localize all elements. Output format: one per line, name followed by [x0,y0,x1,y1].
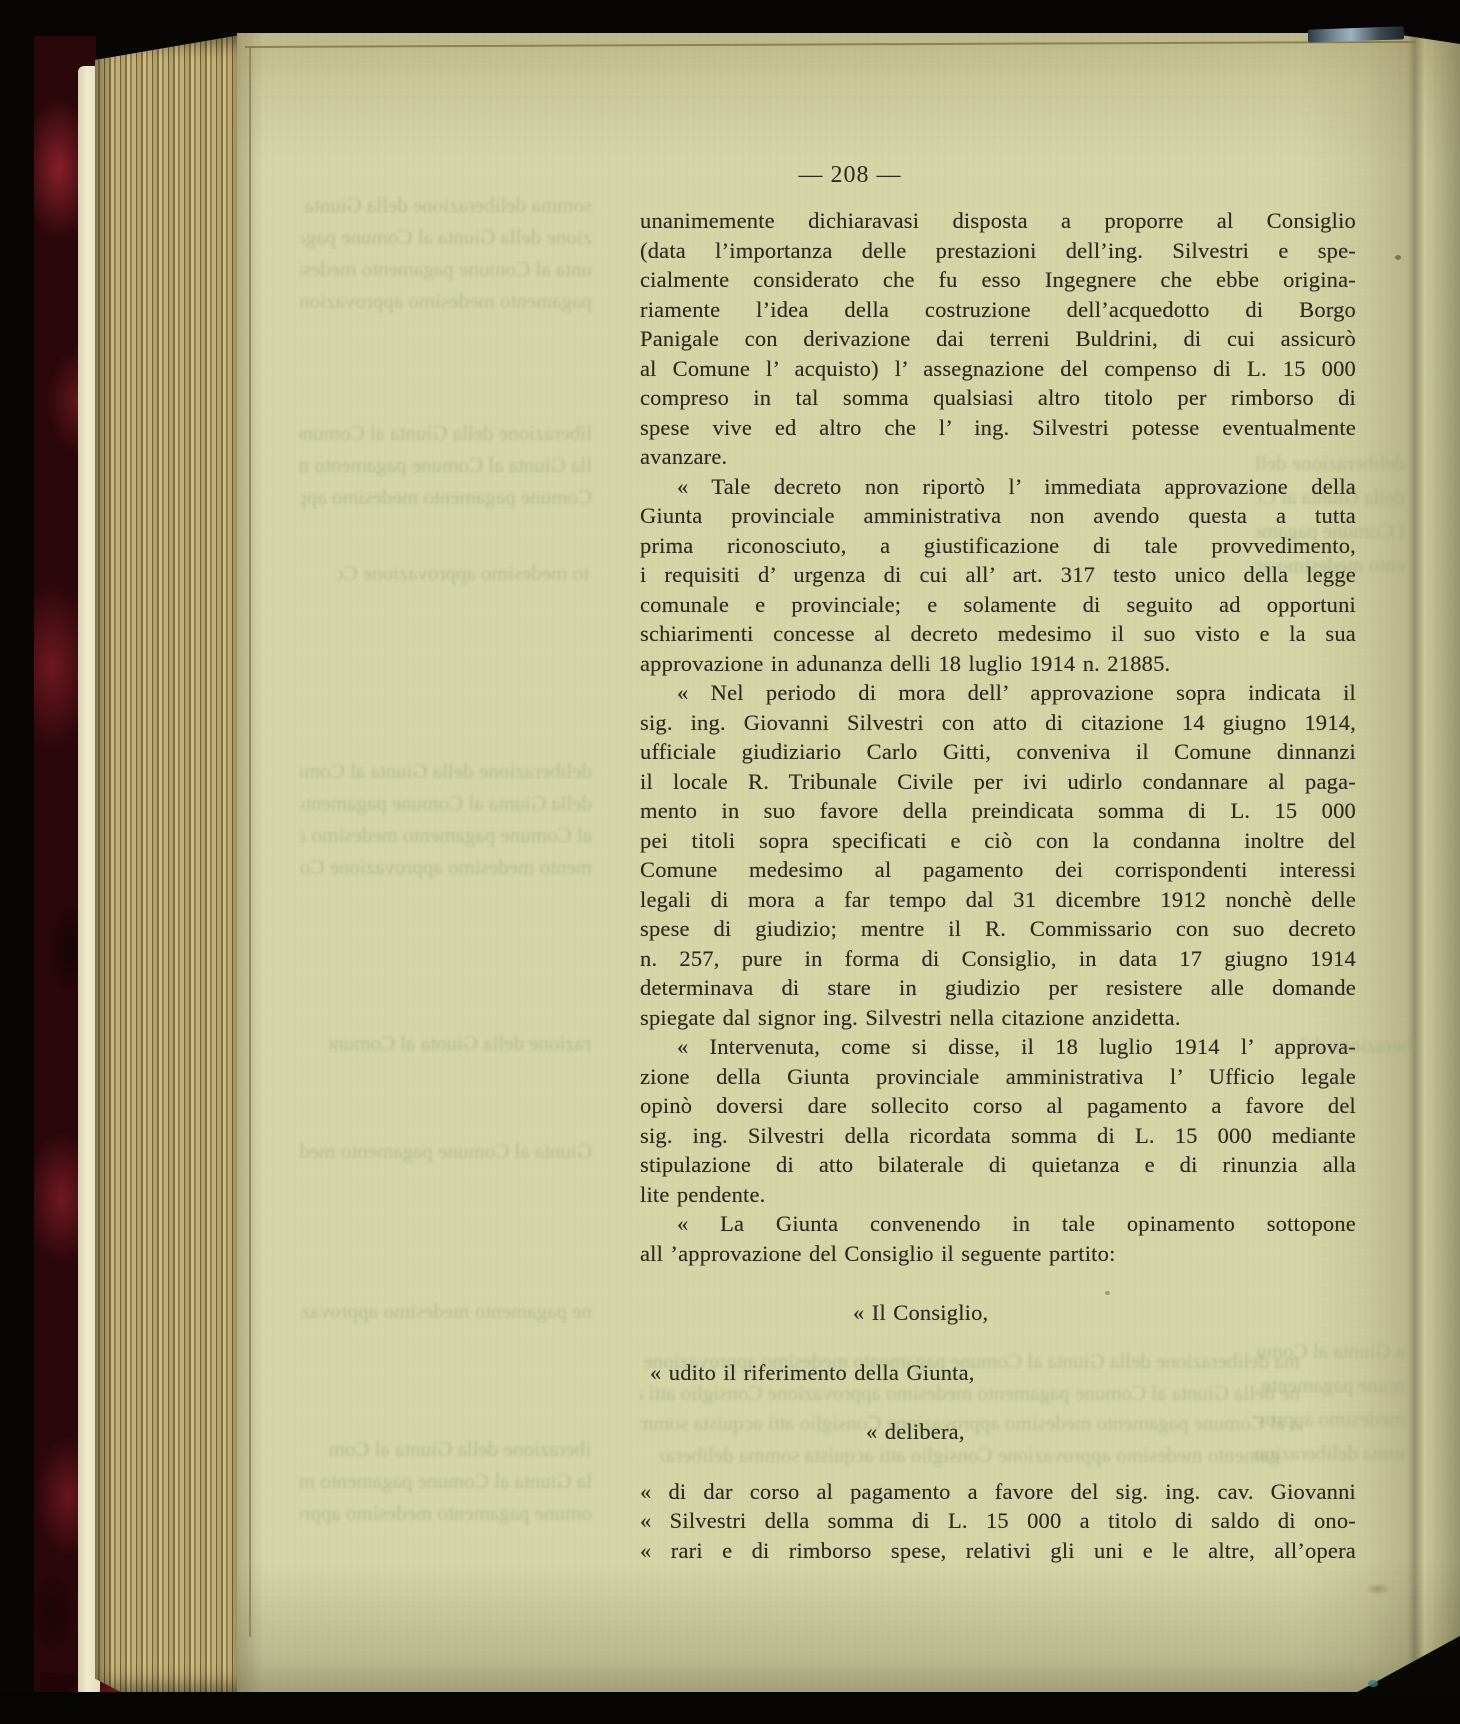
bleedthrough-ghost-text: al Comune pagamento medesimo approvazion… [300,823,592,847]
text-line: unanimemente dichiaravasi disposta a pro… [640,206,1356,236]
text-line: approvazione in adunanza delli 18 luglio… [640,649,1356,679]
text-line: spiegate dal signor ing. Silvestri nella… [640,1003,1356,1033]
bottom-shadow-band [0,1692,1460,1724]
text-line: cialmente considerato che fu esso Ingegn… [640,265,1356,295]
text-line: « La Giunta convenendo in tale opinament… [640,1209,1356,1239]
text-line: comunale e provinciale; e solamente di s… [640,590,1356,620]
text-line: n. 257, pure in forma di Consiglio, in d… [640,944,1356,974]
text-line: all ’approvazione del Consiglio il segue… [640,1239,1356,1269]
text-line: sig. ing. Giovanni Silvestri con atto di… [640,708,1356,738]
bleedthrough-ghost-text: zione della Giunta al Comune pagamento m… [300,225,592,249]
page-edges-stack [95,30,247,1702]
page-text-block: unanimemente dichiaravasi disposta a pro… [640,206,1356,1565]
bleedthrough-ghost-text: razione della Giunta al Comune pagamento… [329,1031,591,1055]
bleedthrough-ghost-text: Giunta al Comune pagamento medesimo appr… [300,1139,592,1163]
teal-speck [1368,1680,1378,1687]
text-line: « Intervenuta, come si disse, il 18 lugl… [640,1032,1356,1062]
text-line: prima riconosciuto, a giustificazione di… [640,531,1356,561]
text-line: « Tale decreto non riportò l’ immediata … [640,472,1356,502]
text-line: avanzare. [640,442,1356,472]
text-line: ufficiale giudiziario Carlo Gitti, conve… [640,737,1356,767]
bleedthrough-ghost-text: omune pagamento medesimo approvazione Co… [300,1501,592,1525]
text-line: « Nel periodo di mora dell’ approvazione… [640,678,1356,708]
text-line: lite pendente. [640,1180,1356,1210]
text-line: Panigale con derivazione dai terreni Bul… [640,324,1356,354]
text-line: « udito il riferimento della Giunta, [640,1358,1356,1388]
page-number: — 208 — [640,162,1060,189]
text-line: opinò doversi dare sollecito corso al pa… [640,1091,1356,1121]
text-line: determinava di stare in giudizio per res… [640,973,1356,1003]
bleedthrough-ghost-text: Comune pagamento medesimo approvazione C… [300,485,592,509]
text-line: i requisiti d’ urgenza di cui all’ art. … [640,560,1356,590]
under-page-edge-left [249,47,251,1637]
bleedthrough-ghost-text: mento medesimo approvazione Consiglio at… [300,855,592,879]
book-photo: { "document": { "page_number": "— 208 —"… [0,0,1460,1724]
text-line: al Comune l’ acquisto) l’ assegnazione d… [640,354,1356,384]
bleedthrough-ghost-text: somma deliberazione della Giunta al Comu… [300,193,592,217]
text-line: Giunta provinciale amministrativa non av… [640,501,1356,531]
text-line: (data l’importanza delle prestazioni del… [640,236,1356,266]
bleedthrough-ghost-text: liberazione della Giunta al Comune pagam… [300,421,592,445]
text-line: Comune medesimo al pagamento dei corrisp… [640,855,1356,885]
bleedthrough-ghost-text: ne pagamento medesimo approvazione Consi… [300,1299,592,1323]
text-line: spese vive ed altro che l’ ing. Silvestr… [640,413,1356,443]
text-line: riamente l’idea della costruzione dell’a… [640,295,1356,325]
text-line: sig. ing. Silvestri della ricordata somm… [640,1121,1356,1151]
text-line: stipulazione di atto bilaterale di quiet… [640,1150,1356,1180]
bleedthrough-ghost-text: della Giunta al Comune pagamento medesim… [300,791,592,815]
text-line: « Il Consiglio, [640,1298,1356,1328]
text-line: mento in suo favore della preindicata so… [640,796,1356,826]
text-line: pei titoli sopra specificati e ciò con l… [640,826,1356,856]
bleedthrough-ghost-text: iberazione della Giunta al Comune pagame… [329,1437,591,1461]
text-line: « rari e di rimborso spese, relativi gli… [640,1536,1356,1566]
paper-smudge [1365,1583,1391,1595]
text-line: compreso in tal somma qualsiasi altro ti… [640,383,1356,413]
text-line: « di dar corso al pagamento a favore del… [640,1477,1356,1507]
bleedthrough-ghost-text: deliberazione della Giunta al Comune pag… [300,759,592,783]
bleedthrough-ghost-text: to medesimo approvazione Consiglio atti … [337,561,589,585]
bleedthrough-ghost-text: unta al Comune pagamento medesimo approv… [300,257,592,281]
text-line: zione della Giunta provinciale amministr… [640,1062,1356,1092]
text-line: legali di mora a far tempo dal 31 dicemb… [640,885,1356,915]
bleedthrough-ghost-text: pagamento medesimo approvazione Consigli… [300,289,592,313]
text-line: spese di giudizio; mentre il R. Commissa… [640,914,1356,944]
text-line: « Silvestri della somma di L. 15 000 a t… [640,1506,1356,1536]
text-line: schiarimenti concesse al decreto medesim… [640,619,1356,649]
paper-speck [1395,255,1401,260]
text-line: « delibera, [640,1417,1356,1447]
bleedthrough-ghost-text: la Giunta al Comune pagamento medesimo a… [300,1469,592,1493]
text-line: il locale R. Tribunale Civile per ivi ud… [640,767,1356,797]
bleedthrough-ghost-text: lla Giunta al Comune pagamento medesimo … [300,453,592,477]
under-page-edge-top [245,41,1416,48]
